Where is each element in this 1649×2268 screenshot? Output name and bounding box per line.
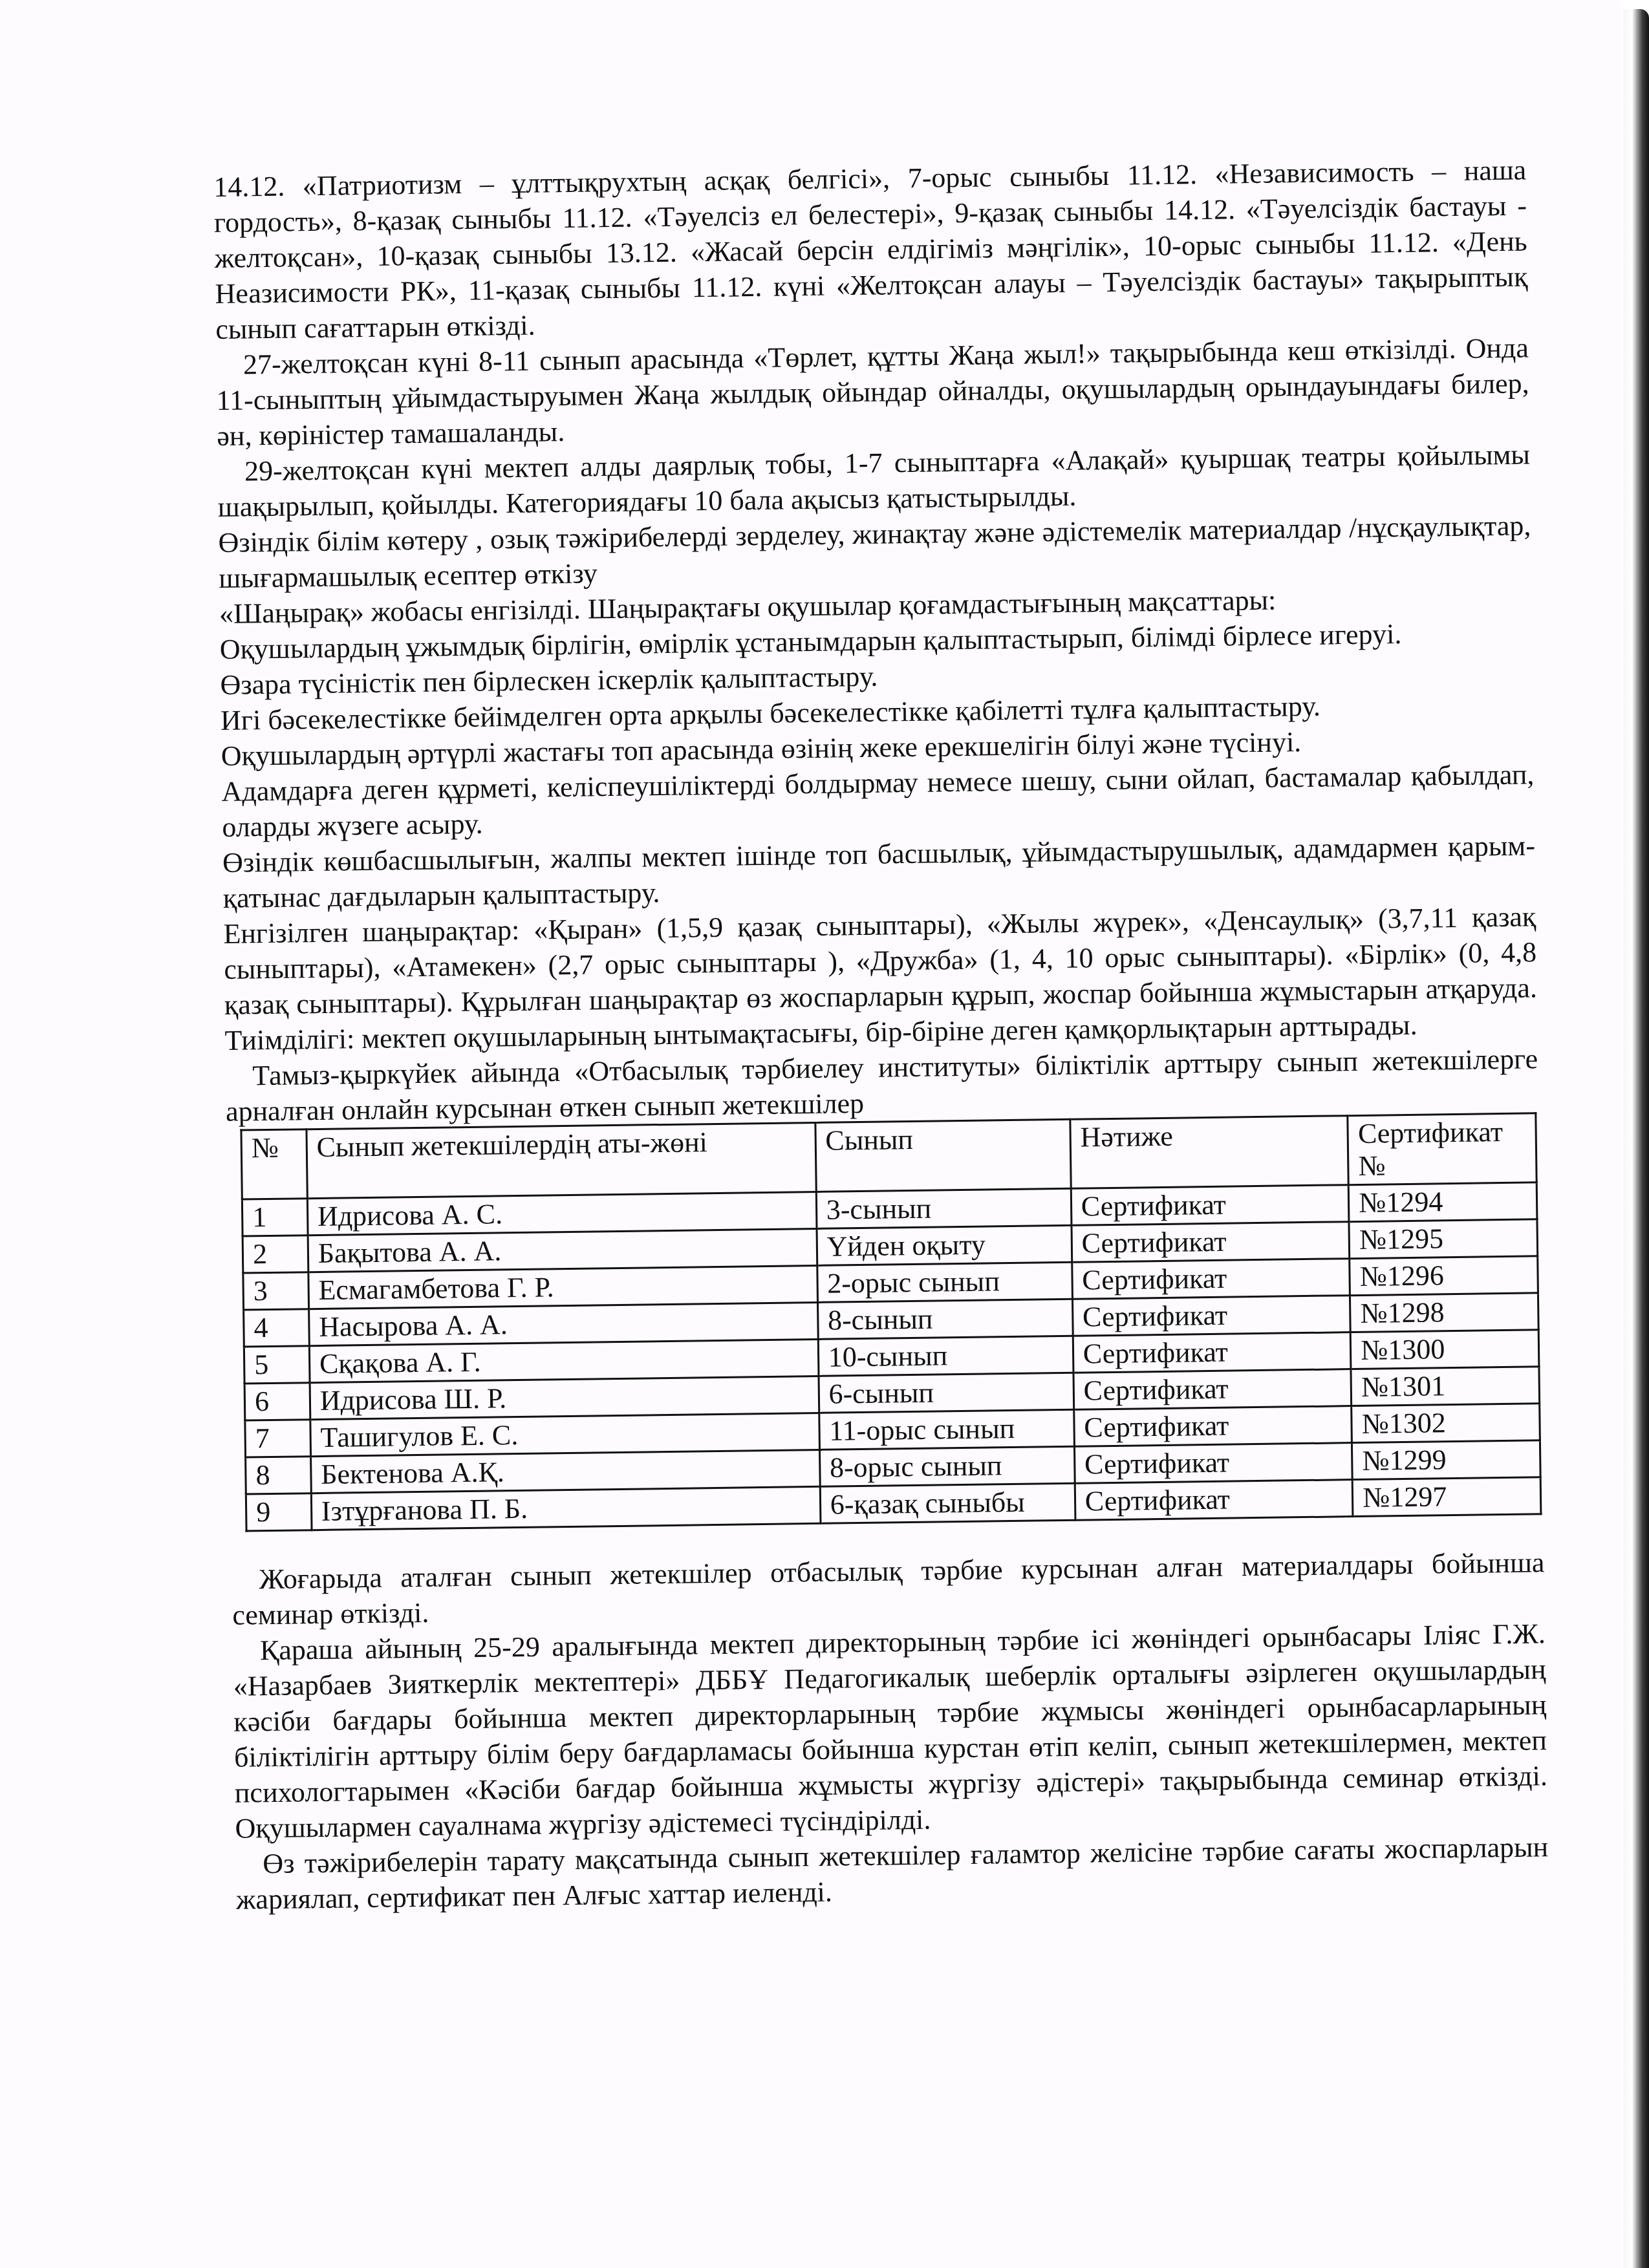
teacher-name: Бақытова А. А. xyxy=(308,1228,817,1272)
certificate-number: №1298 xyxy=(1350,1293,1538,1332)
result: Сертификат xyxy=(1071,1185,1349,1226)
paragraph-new-year-event: 27-желтоқсан күні 8-11 сынып арасында «Т… xyxy=(216,330,1530,454)
row-number: 5 xyxy=(244,1346,309,1384)
teacher-name: Бектенова А.Қ. xyxy=(310,1450,820,1493)
row-number: 9 xyxy=(246,1493,311,1531)
certificate-number: №1295 xyxy=(1349,1219,1537,1259)
teacher-name: Сқақова А. Г. xyxy=(309,1339,819,1382)
result: Сертификат xyxy=(1073,1369,1352,1410)
certificate-number: №1302 xyxy=(1352,1404,1540,1443)
paragraph-career-guidance-course: Қараша айының 25-29 аралығында мектеп ди… xyxy=(233,1616,1548,1846)
scanned-page: 14.12. «Патриотизм – ұлттықрухтың асқақ … xyxy=(0,0,1622,2268)
teacher-name: Есмагамбетова Г. Р. xyxy=(308,1265,818,1309)
header-number: № xyxy=(241,1129,307,1199)
row-number: 1 xyxy=(242,1199,307,1236)
teacher-name: Насырова А. А. xyxy=(308,1302,818,1345)
certificate-number: №1299 xyxy=(1352,1440,1540,1480)
certificate-table: № Сынып жетекшілердің аты-жөні Сынып Нәт… xyxy=(240,1112,1542,1532)
result: Сертификат xyxy=(1072,1296,1350,1336)
class-name: 8-орыс сынып xyxy=(819,1446,1075,1486)
header-teacher-name: Сынып жетекшілердің аты-жөні xyxy=(307,1122,816,1198)
certificate-number: №1301 xyxy=(1351,1367,1539,1406)
result: Сертификат xyxy=(1074,1406,1352,1447)
result: Сертификат xyxy=(1072,1259,1350,1300)
class-name: 2-орыс сынып xyxy=(817,1262,1072,1302)
row-number: 7 xyxy=(245,1420,310,1457)
teacher-name: Ізтұрғанова П. Б. xyxy=(311,1486,821,1530)
row-number: 6 xyxy=(244,1383,310,1420)
class-name: 8-сынып xyxy=(817,1299,1073,1339)
paragraph-class-hours: 14.12. «Патриотизм – ұлттықрухтың асқақ … xyxy=(213,152,1528,347)
certificate-number: №1300 xyxy=(1350,1330,1538,1369)
document-body: 14.12. «Патриотизм – ұлттықрухтың асқақ … xyxy=(213,152,1549,1917)
class-name: 6-сынып xyxy=(819,1373,1074,1413)
row-number: 2 xyxy=(242,1236,308,1273)
class-name: 6-қазақ сыныбы xyxy=(820,1483,1075,1523)
row-number: 8 xyxy=(246,1457,311,1494)
result: Сертификат xyxy=(1075,1480,1353,1521)
after-table-section: Жоғарыда аталған сынып жетекшілер отбасы… xyxy=(232,1545,1549,1918)
header-certificate-number: Сертификат № xyxy=(1348,1113,1536,1185)
paragraph-shanyraq-list: Енгізілген шаңырақтар: «Қыран» (1,5,9 қа… xyxy=(223,899,1538,1058)
teacher-name: Идрисова А. С. xyxy=(307,1192,817,1235)
result: Сертификат xyxy=(1073,1332,1351,1373)
header-result: Нәтиже xyxy=(1070,1116,1349,1189)
certificate-number: №1294 xyxy=(1348,1182,1536,1222)
class-name: Үйден оқыту xyxy=(817,1225,1072,1265)
row-number: 4 xyxy=(244,1309,309,1347)
class-name: 10-сынып xyxy=(818,1336,1073,1376)
certificate-number: №1296 xyxy=(1350,1256,1538,1296)
header-class: Сынып xyxy=(815,1119,1072,1192)
teacher-name: Ташигулов Е. С. xyxy=(310,1413,820,1456)
certificate-number: №1297 xyxy=(1352,1477,1540,1517)
scanner-edge xyxy=(1623,9,1649,2268)
result: Сертификат xyxy=(1072,1222,1350,1263)
class-name: 3-сынып xyxy=(816,1188,1072,1228)
result: Сертификат xyxy=(1074,1443,1352,1484)
class-name: 11-орыс сынып xyxy=(819,1409,1074,1450)
row-number: 3 xyxy=(243,1272,308,1310)
teacher-name: Идрисова Ш. Р. xyxy=(310,1376,819,1419)
